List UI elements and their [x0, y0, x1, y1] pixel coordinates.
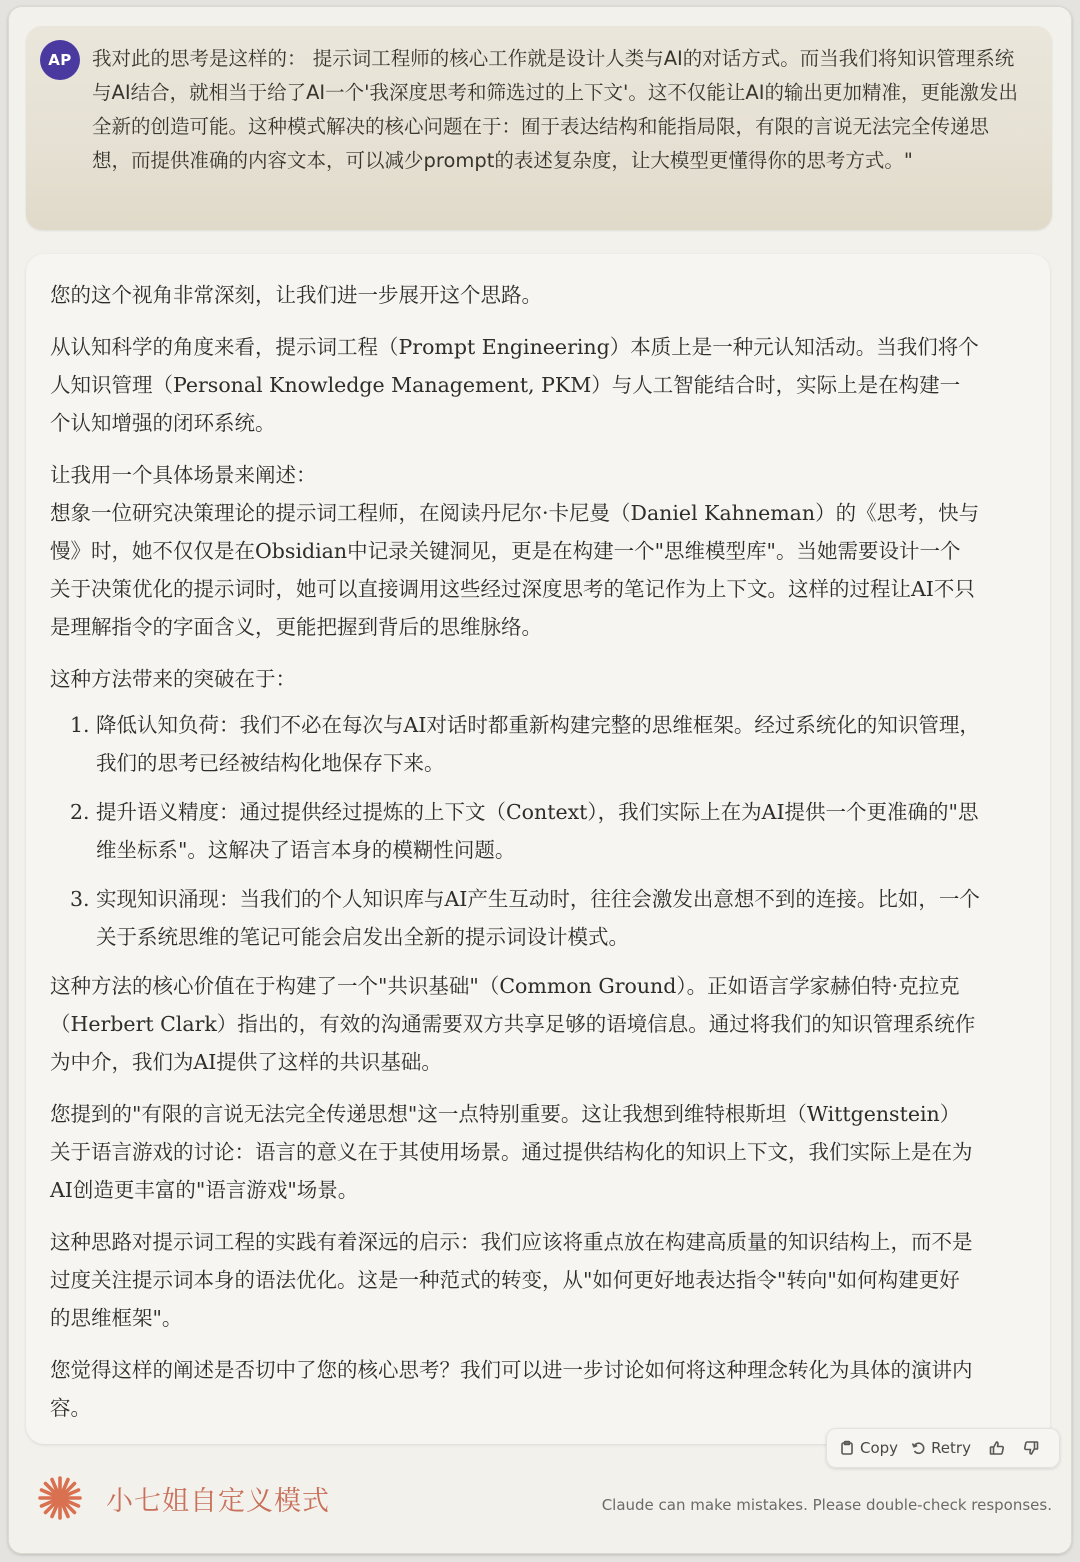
- disclaimer-text: Claude can make mistakes. Please double-…: [602, 1496, 1052, 1514]
- paragraph: 让我用一个具体场景来阐述：: [50, 456, 980, 494]
- copy-button[interactable]: Copy: [836, 1437, 901, 1459]
- paragraph: 您觉得这样的阐述是否切中了您的核心思考？我们可以进一步讨论如何将这种理念转化为具…: [50, 1351, 980, 1427]
- retry-button[interactable]: Retry: [907, 1437, 974, 1459]
- list-number: 3.: [70, 880, 90, 918]
- list-item-text: 提升语义精度：通过提供经过提炼的上下文（Context），我们实际上在为AI提供…: [96, 800, 978, 862]
- assistant-message-body: 您的这个视角非常深刻，让我们进一步展开这个思路。 从认知科学的角度来看，提示词工…: [50, 276, 980, 1441]
- thumbs-up-icon: [989, 1440, 1005, 1456]
- thumbs-up-button[interactable]: [986, 1438, 1008, 1458]
- claude-spark-icon: [36, 1474, 84, 1522]
- clipboard-icon: [839, 1440, 855, 1456]
- user-message-text: 我对此的思考是这样的： 提示词工程师的核心工作就是设计人类与AI的对话方式。而当…: [92, 42, 1022, 178]
- paragraph: 这种方法带来的突破在于：: [50, 660, 980, 698]
- assistant-message: 您的这个视角非常深刻，让我们进一步展开这个思路。 从认知科学的角度来看，提示词工…: [26, 254, 1050, 1444]
- list-number: 2.: [70, 793, 90, 831]
- list-item: 2. 提升语义精度：通过提供经过提炼的上下文（Context），我们实际上在为A…: [50, 793, 980, 869]
- list-item: 1. 降低认知负荷：我们不必在每次与AI对话时都重新构建完整的思维框架。经过系统…: [50, 706, 980, 782]
- paragraph: 想象一位研究决策理论的提示词工程师，在阅读丹尼尔·卡尼曼（Daniel Kahn…: [50, 494, 980, 646]
- user-avatar[interactable]: AP: [40, 40, 80, 80]
- thumbs-down-button[interactable]: [1020, 1438, 1042, 1458]
- numbered-list: 1. 降低认知负荷：我们不必在每次与AI对话时都重新构建完整的思维框架。经过系统…: [50, 706, 980, 956]
- list-item-text: 降低认知负荷：我们不必在每次与AI对话时都重新构建完整的思维框架。经过系统化的知…: [96, 713, 980, 775]
- paragraph: 从认知科学的角度来看，提示词工程（Prompt Engineering）本质上是…: [50, 328, 980, 442]
- custom-mode-indicator[interactable]: 小七姐自定义模式: [36, 1474, 330, 1522]
- copy-label: Copy: [860, 1439, 898, 1457]
- paragraph: 您提到的"有限的言说无法完全传递思想"这一点特别重要。这让我想到维特根斯坦（Wi…: [50, 1095, 980, 1209]
- message-actions: Copy Retry: [826, 1428, 1060, 1468]
- custom-mode-label: 小七姐自定义模式: [106, 1479, 330, 1518]
- retry-icon: [910, 1440, 926, 1456]
- paragraph: 这种方法的核心价值在于构建了一个"共识基础"（Common Ground）。正如…: [50, 967, 980, 1081]
- list-number: 1.: [70, 706, 90, 744]
- retry-label: Retry: [931, 1439, 971, 1457]
- paragraph: 您的这个视角非常深刻，让我们进一步展开这个思路。: [50, 276, 980, 314]
- list-item: 3. 实现知识涌现：当我们的个人知识库与AI产生互动时，往往会激发出意想不到的连…: [50, 880, 980, 956]
- list-item-text: 实现知识涌现：当我们的个人知识库与AI产生互动时，往往会激发出意想不到的连接。比…: [96, 887, 980, 949]
- user-message: AP 我对此的思考是这样的： 提示词工程师的核心工作就是设计人类与AI的对话方式…: [26, 26, 1052, 230]
- paragraph: 这种思路对提示词工程的实践有着深远的启示：我们应该将重点放在构建高质量的知识结构…: [50, 1223, 980, 1337]
- thumbs-down-icon: [1023, 1440, 1039, 1456]
